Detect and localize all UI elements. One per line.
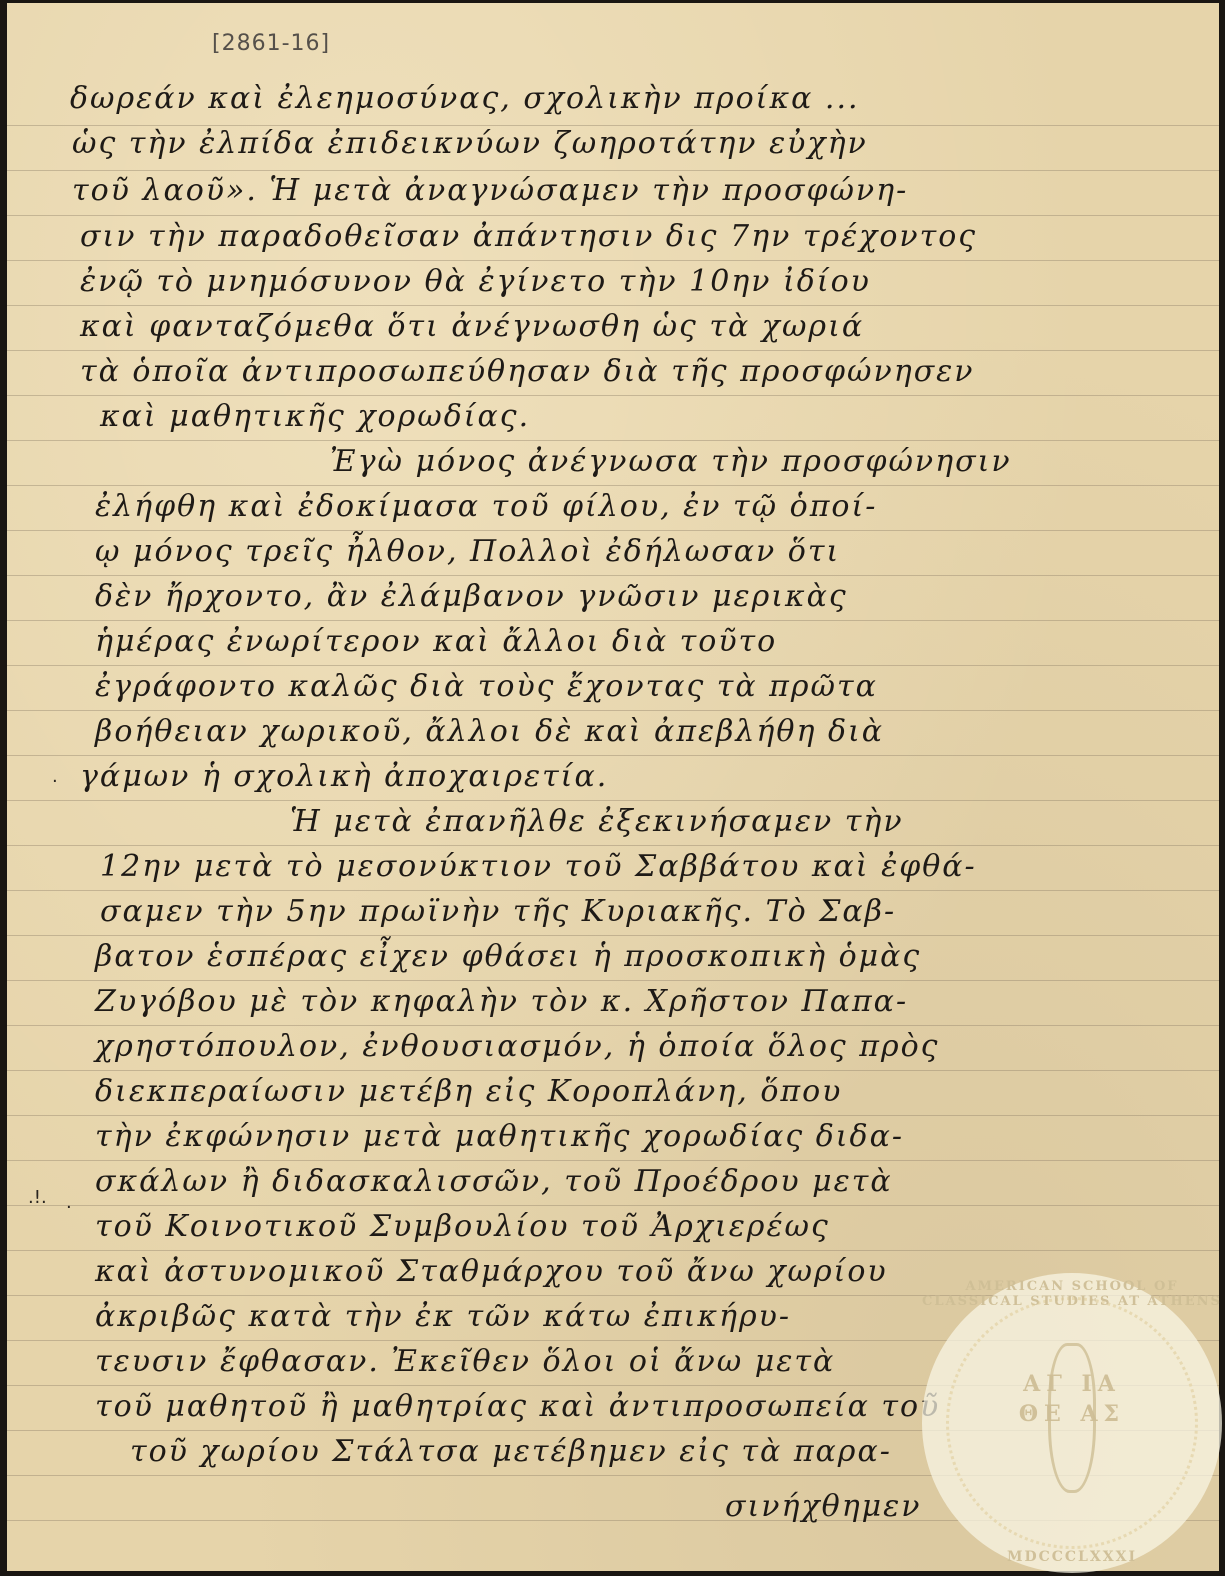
handwritten-line: σιν τὴν παραδοθεῖσαν ἀπάντησιν δις 7ην τ… (80, 219, 977, 254)
ruled-line (7, 575, 1219, 576)
handwritten-line: τευσιν ἔφθασαν. Ἐκεῖθεν ὅλοι οἱ ἄνω μετὰ (95, 1344, 835, 1379)
margin-mark: · (66, 1197, 72, 1218)
institution-seal-watermark: AMERICAN SCHOOL OF CLASSICAL STUDIES AT … (922, 1273, 1222, 1573)
ruled-line (7, 980, 1219, 981)
handwritten-line: καὶ μαθητικῆς χορωδίας. (100, 399, 530, 434)
handwritten-line: τοῦ χωρίου Στάλτσα μετέβημεν εἰς τὰ παρα… (130, 1434, 892, 1469)
handwritten-line: Ἐγὼ μόνος ἀνέγνωσα τὴν προσφώνησιν (330, 444, 1012, 479)
handwritten-line: καὶ ἀστυνομικοῦ Σταθμάρχου τοῦ ἄνω χωρίο… (95, 1254, 888, 1289)
margin-mark: .!. (28, 1187, 47, 1208)
handwritten-line: τὴν ἐκφώνησιν μετὰ μαθητικῆς χορωδίας δι… (95, 1119, 904, 1154)
ruled-line (7, 755, 1219, 756)
seal-motto-line2: ΘΕ ΑΣ (922, 1401, 1222, 1427)
handwritten-line: βατον ἑσπέρας εἶχεν φθάσει ἡ προσκοπικὴ … (95, 939, 921, 974)
handwritten-line: βοήθειαν χωρικοῦ, ἄλλοι δὲ καὶ ἀπεβλήθη … (95, 714, 884, 749)
ruled-line (7, 1250, 1219, 1251)
ruled-line (7, 710, 1219, 711)
manuscript-page: [2861-16] δωρεάν καὶ ἐλεημοσύνας, σχολικ… (7, 3, 1219, 1571)
handwritten-line: γάμων ἡ σχολικὴ ἀποχαιρετία. (80, 759, 608, 794)
handwritten-line: ἐγράφοντο καλῶς διὰ τοὺς ἔχοντας τὰ πρῶτ… (95, 669, 878, 704)
handwritten-line: Ἡ μετὰ ἐπανῆλθε ἐξεκινήσαμεν τὴν (290, 804, 904, 839)
ruled-line (7, 845, 1219, 846)
ruled-line (7, 350, 1219, 351)
archive-reference: [2861-16] (212, 31, 330, 56)
handwritten-line: δωρεάν καὶ ἐλεημοσύνας, σχολικὴν προίκα … (70, 81, 860, 116)
handwritten-line: σαμεν τὴν 5ην πρωϊνὴν τῆς Κυριακῆς. Τὸ Σ… (100, 894, 896, 929)
ruled-line (7, 1025, 1219, 1026)
ruled-line (7, 305, 1219, 306)
handwritten-line: διεκπεραίωσιν μετέβη εἰς Κοροπλάνη, ὅπου (95, 1074, 842, 1109)
handwritten-line: τοῦ λαοῦ». Ἡ μετὰ ἀναγνώσαμεν τὴν προσφώ… (72, 173, 908, 208)
handwritten-line: τοῦ μαθητοῦ ἢ μαθητρίας καὶ ἀντιπροσωπεί… (95, 1389, 940, 1424)
handwritten-line: ὡς τὴν ἐλπίδα ἐπιδεικνύων ζωηροτάτην εὐχ… (72, 126, 868, 161)
ruled-line (7, 1070, 1219, 1071)
handwritten-line: τὰ ὁποῖα ἀντιπροσωπεύθησαν διὰ τῆς προσφ… (80, 354, 975, 389)
ruled-line (7, 485, 1219, 486)
ruled-line (7, 260, 1219, 261)
ruled-line (7, 170, 1219, 171)
handwritten-line: ἐλήφθη καὶ ἐδοκίμασα τοῦ φίλου, ἐν τῷ ὁπ… (95, 489, 877, 524)
handwritten-line: σκάλων ἢ διδασκαλισσῶν, τοῦ Προέδρου μετ… (95, 1164, 893, 1199)
handwritten-line: ἐνῷ τὸ μνημόσυνον θὰ ἐγίνετο τὴν 10ην ἰδ… (80, 264, 871, 299)
ruled-line (7, 440, 1219, 441)
handwritten-line: δὲν ἤρχοντο, ἂν ἐλάμβανον γνῶσιν μερικὰς (95, 579, 848, 614)
ruled-line (7, 935, 1219, 936)
handwritten-line: τοῦ Κοινοτικοῦ Συμβουλίου τοῦ Ἀρχιερέως (95, 1209, 830, 1244)
handwritten-line: χρηστόπουλον, ἐνθουσιασμόν, ἡ ὁποία ὅλος… (95, 1029, 939, 1064)
ruled-line (7, 395, 1219, 396)
ruled-line (7, 1160, 1219, 1161)
handwritten-line: σινήχθημεν (725, 1489, 922, 1524)
handwritten-line: 12ην μετὰ τὸ μεσονύκτιον τοῦ Σαββάτου κα… (100, 849, 977, 884)
handwritten-line: Ζυγόβου μὲ τὸν κηφαλὴν τὸν κ. Χρῆστον Πα… (95, 984, 908, 1019)
handwritten-line: καὶ φανταζόμεθα ὅτι ἀνέγνωσθη ὡς τὰ χωρι… (80, 309, 864, 344)
ruled-line (7, 620, 1219, 621)
ruled-line (7, 665, 1219, 666)
ruled-line (7, 1205, 1219, 1206)
seal-ring-text: AMERICAN SCHOOL OF CLASSICAL STUDIES AT … (922, 1279, 1222, 1309)
ruled-line (7, 530, 1219, 531)
ruled-line (7, 800, 1219, 801)
ruled-line (7, 215, 1219, 216)
ruled-line (7, 1115, 1219, 1116)
handwritten-line: ἀκριβῶς κατὰ τὴν ἐκ τῶν κάτω ἐπικήρυ- (95, 1299, 791, 1334)
handwritten-line: ἡμέρας ἐνωρίτερον καὶ ἄλλοι διὰ τοῦτο (95, 624, 777, 659)
handwritten-line: ῳ μόνος τρεῖς ἦλθον, Πολλοὶ ἐδήλωσαν ὅτι (95, 534, 840, 569)
ruled-line (7, 890, 1219, 891)
seal-year: MDCCCLXXXI (922, 1549, 1222, 1565)
seal-motto-line1: ΑΓ ΙΑ (922, 1371, 1222, 1397)
margin-mark: · (52, 771, 58, 792)
